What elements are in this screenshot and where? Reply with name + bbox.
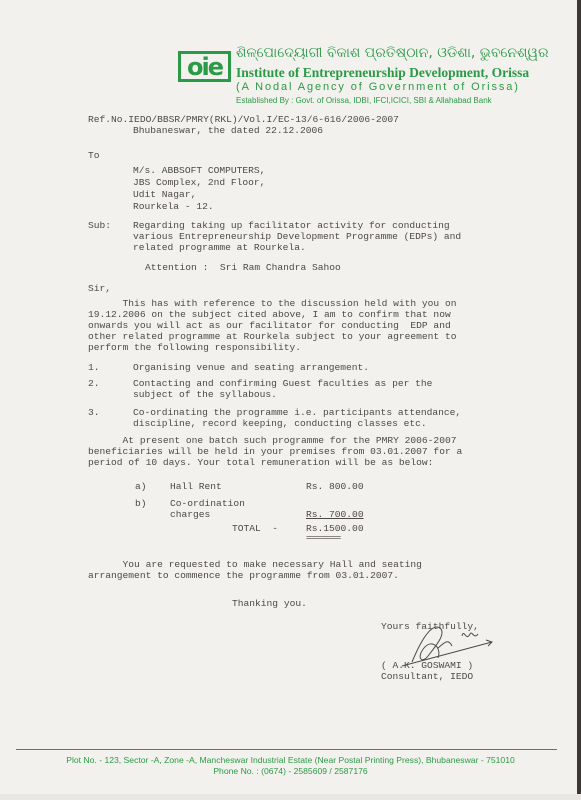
scan-edge [577, 0, 581, 800]
total-double-rule: ========= [306, 534, 340, 543]
total-label: TOTAL - [232, 523, 278, 534]
list-item: Organising venue and seating arrangement… [133, 362, 369, 373]
list-number: 2. [88, 378, 100, 389]
agency-line: (A Nodal Agency of Government of Orissa) [236, 81, 520, 93]
item-name: charges [170, 509, 210, 520]
paragraph-line: onwards you will act as our facilitator … [88, 320, 451, 331]
oriya-institute-name: ଶିଳ୍ପୋଦ୍ୟୋଗୀ ବିକାଶ ପ୍ରତିଷ୍ଠାନ, ଓଡିଶା, ଭୁ… [236, 45, 549, 61]
paragraph-line: At present one batch such programme for … [88, 435, 456, 446]
paragraph-line: other related programme at Rourkela subj… [88, 331, 456, 342]
list-item: Co-ordinating the programme i.e. partici… [133, 407, 461, 418]
salutation: Sir, [88, 283, 111, 294]
letter-page: oie ଶିଳ୍ପୋଦ୍ୟୋଗୀ ବିକାଶ ପ୍ରତିଷ୍ଠାନ, ଓଡିଶା… [0, 0, 581, 800]
subject-line: various Entrepreneurship Development Pro… [133, 231, 461, 242]
signatory-title: Consultant, IEDO [381, 671, 473, 682]
list-number: 3. [88, 407, 100, 418]
thanks-line: Thanking you. [232, 598, 307, 609]
item-label: a) [135, 481, 147, 492]
iedo-logo: oie [178, 51, 231, 82]
item-amount: Rs. 700.00 [306, 509, 364, 520]
list-item: subject of the syllabous. [133, 389, 277, 400]
logo-text: oie [187, 55, 222, 79]
subject-label: Sub: [88, 220, 111, 231]
total-amount: Rs.1500.00 [306, 523, 364, 534]
place-date: Bhubaneswar, the dated 22.12.2006 [133, 125, 323, 136]
list-item: Contacting and confirming Guest facultie… [133, 378, 432, 389]
ref-number: Ref.No.IEDO/BBSR/PMRY(RKL)/Vol.I/EC-13/6… [88, 114, 399, 125]
paragraph-line: You are requested to make necessary Hall… [88, 559, 422, 570]
list-item: discipline, record keeping, conducting c… [133, 418, 427, 429]
signatory-name: ( A.K. GOSWAMI ) [381, 660, 473, 671]
paragraph-line: This has with reference to the discussio… [88, 298, 456, 309]
scan-edge-bottom [0, 794, 581, 800]
to-label: To [88, 150, 100, 161]
recipient-line: JBS Complex, 2nd Floor, [133, 177, 265, 188]
recipient-line: Rourkela - 12. [133, 201, 214, 212]
paragraph-line: beneficiaries will be held in your premi… [88, 446, 462, 457]
attention-line: Attention : Sri Ram Chandra Sahoo [145, 262, 341, 273]
recipient-line: Udit Nagar, [133, 189, 196, 200]
paragraph-line: perform the following responsibility. [88, 342, 301, 353]
list-number: 1. [88, 362, 100, 373]
paragraph-line: period of 10 days. Your total remunerati… [88, 457, 433, 468]
footer-divider [16, 749, 557, 750]
footer-phone: Phone No. : (0674) - 2585609 / 2587176 [0, 766, 581, 776]
item-amount: Rs. 800.00 [306, 481, 364, 492]
recipient-line: M/s. ABBSOFT COMPUTERS, [133, 165, 265, 176]
paragraph-line: arrangement to commence the programme fr… [88, 570, 399, 581]
item-name: Co-ordination [170, 498, 245, 509]
subject-line: related programme at Rourkela. [133, 242, 306, 253]
footer-address: Plot No. - 123, Sector -A, Zone -A, Manc… [0, 755, 581, 765]
institute-name: Institute of Entrepreneurship Developmen… [236, 65, 529, 81]
subject-line: Regarding taking up facilitator activity… [133, 220, 450, 231]
paragraph-line: 19.12.2006 on the subject cited above, I… [88, 309, 451, 320]
item-label: b) [135, 498, 147, 509]
item-name: Hall Rent [170, 481, 222, 492]
established-by: Established By : Govt. of Orissa, IDBI, … [236, 96, 492, 105]
